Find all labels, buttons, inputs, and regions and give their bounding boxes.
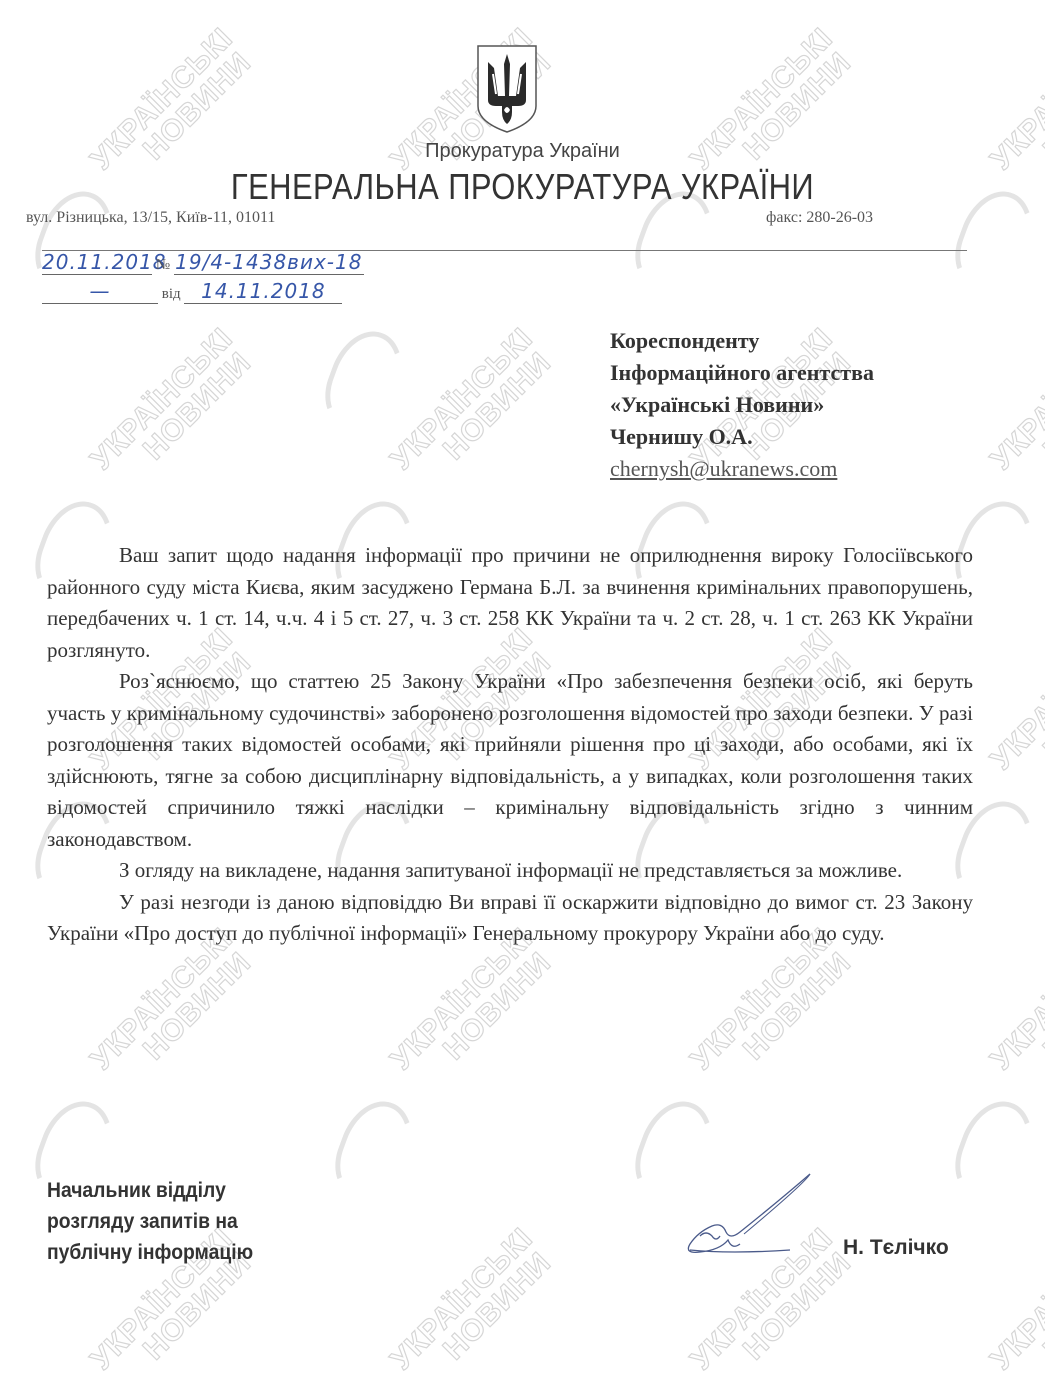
body-paragraph: У разі незгоди із даною відповіддю Ви вп…: [47, 887, 973, 950]
agency-title: ГЕНЕРАЛЬНА ПРОКУРАТУРА УКРАЇНИ: [73, 166, 972, 208]
incoming-date-field: 14.11.2018: [184, 279, 342, 304]
recipient-name: Чернишу О.А.: [610, 421, 874, 453]
incoming-number-field: —: [42, 279, 158, 304]
number-label: №: [156, 257, 170, 273]
signer-name: Н. Тєлічко: [843, 1236, 949, 1260]
letter-body: Ваш запит щодо надання інформації про пр…: [47, 540, 973, 950]
incoming-registration: — від 14.11.2018: [42, 279, 342, 304]
signature-icon: [660, 1170, 830, 1260]
signer-position: Начальник відділу розгляду запитів на пу…: [47, 1175, 253, 1268]
incoming-date: 14.11.2018: [201, 279, 326, 303]
body-paragraph: Ваш запит щодо надання інформації про пр…: [47, 540, 973, 666]
position-line: Начальник відділу: [47, 1175, 253, 1206]
position-line: публічну інформацію: [47, 1237, 253, 1268]
outgoing-number: 19/4-1438вих-18: [175, 250, 362, 274]
outgoing-date: 20.11.2018: [42, 250, 167, 274]
agency-subtitle: Прокуратура України: [0, 140, 1045, 163]
recipient-agency-name: «Українські Новини»: [610, 389, 874, 421]
recipient-agency: Інформаційного агентства: [610, 357, 874, 389]
agency-fax: факс: 280-26-03: [766, 209, 873, 227]
outgoing-registration: 20.11.2018 № 19/4-1438вих-18: [42, 250, 364, 275]
from-label: від: [162, 286, 181, 302]
body-paragraph: З огляду на викладене, надання запитуван…: [47, 855, 973, 887]
recipient-role: Кореспонденту: [610, 325, 874, 357]
agency-address: вул. Різницька, 13/15, Київ-11, 01011: [26, 209, 275, 227]
position-line: розгляду запитів на: [47, 1206, 253, 1237]
recipient-block: Кореспонденту Інформаційного агентства «…: [610, 325, 874, 485]
letter-page: Прокуратура України ГЕНЕРАЛЬНА ПРОКУРАТУ…: [0, 0, 1045, 1399]
recipient-email-link[interactable]: chernysh@ukranews.com: [610, 453, 874, 485]
outgoing-date-field: 20.11.2018: [42, 250, 152, 275]
coat-of-arms-icon: [476, 44, 538, 134]
outgoing-number-field: 19/4-1438вих-18: [174, 250, 364, 275]
body-paragraph: Роз`яснюємо, що статтею 25 Закону Україн…: [47, 666, 973, 855]
incoming-number: —: [90, 279, 111, 303]
